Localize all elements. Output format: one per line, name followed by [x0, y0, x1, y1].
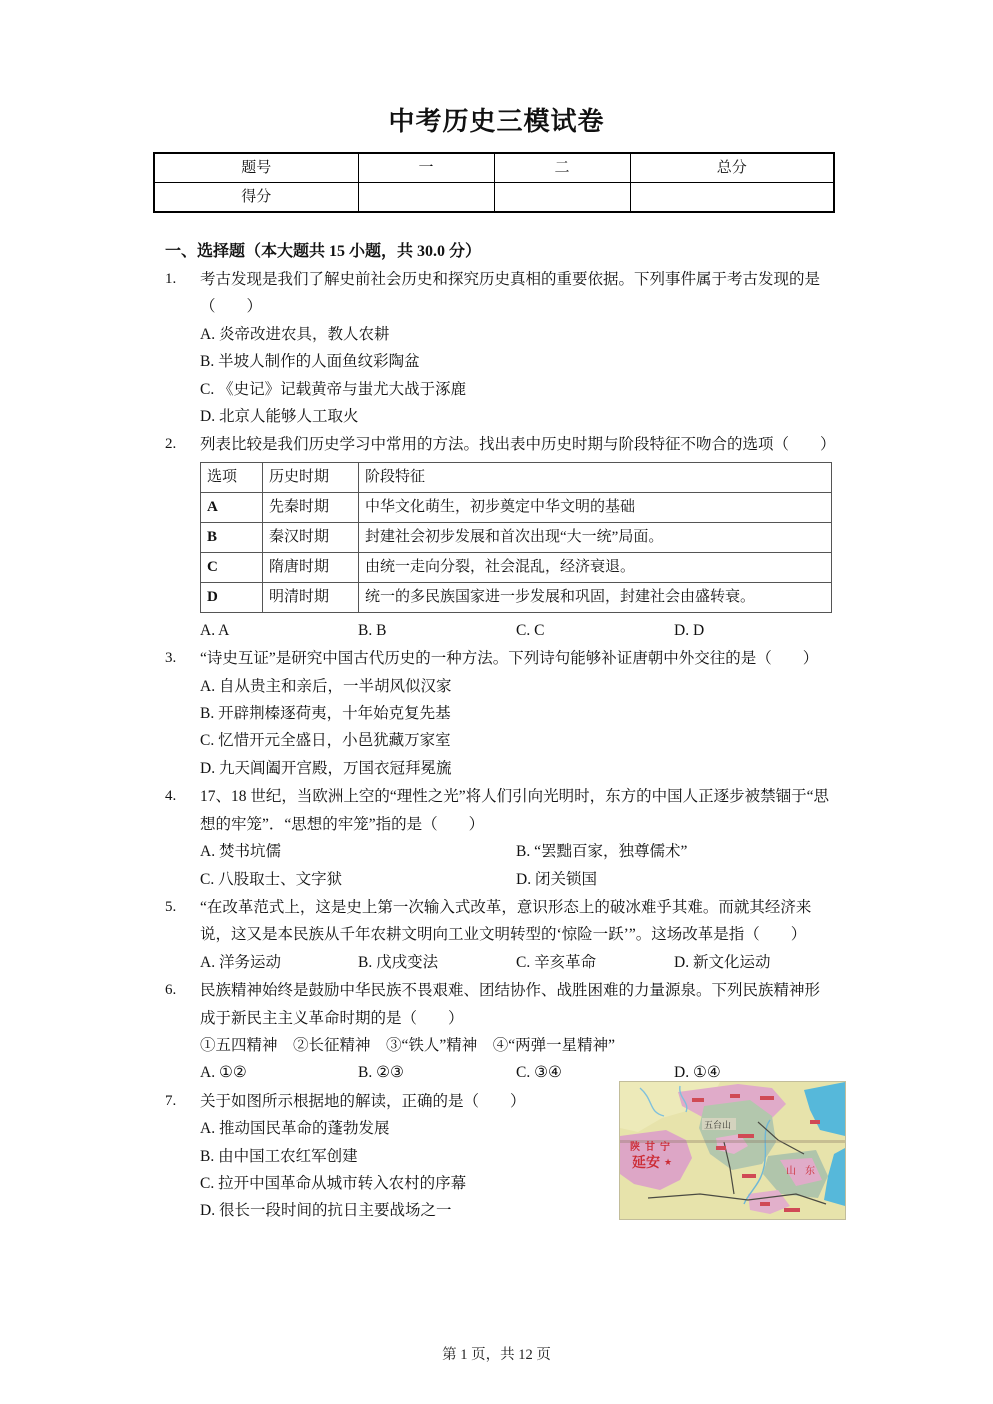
question-1-option-b: B. 半坡人制作的人面鱼纹彩陶盆 [200, 348, 832, 375]
question-1: 1. 考古发现是我们了解史前社会历史和探究历史真相的重要依据。下列事件属于考古发… [165, 266, 832, 430]
question-3-number: 3. [165, 645, 200, 782]
question-6-text: 民族精神始终是鼓励中华民族不畏艰难、团结协作、战胜困难的力量源泉。下列民族精神形… [200, 977, 832, 1032]
question-6: 6. 民族精神始终是鼓励中华民族不畏艰难、团结协作、战胜困难的力量源泉。下列民族… [165, 977, 832, 1087]
question-4-number: 4. [165, 783, 200, 893]
score-cell-one [358, 183, 494, 213]
q2-row-d-feature: 统一的多民族国家进一步发展和巩固，封建社会由盛转衰。 [359, 582, 832, 612]
q2-row-a-feature: 中华文化萌生，初步奠定中华文明的基础 [359, 492, 832, 522]
question-4-text: 17、18 世纪，当欧洲上空的“理性之光”将人们引向光明时，东方的中国人正逐步被… [200, 783, 832, 838]
map-label-yanan: 延安 [632, 1154, 660, 1171]
q2-row-a-letter: A [201, 492, 263, 522]
section-heading: 一、选择题（本大题共 15 小题，共 30.0 分） [165, 238, 832, 265]
question-5-text: “在改革范式上，这是史上第一次输入式改革，意识形态上的破冰难乎其难。而就其经济来… [200, 894, 832, 949]
question-6-option-b: B. ②③ [358, 1059, 516, 1086]
question-6-items: ①五四精神 ②长征精神 ③“铁人”精神 ④“两弹一星精神” [200, 1032, 832, 1059]
score-table-score-row: 得分 [154, 183, 834, 213]
question-4-option-d: D. 闭关锁国 [516, 866, 832, 893]
question-6-option-a: A. ①② [200, 1059, 358, 1086]
question-1-option-c: C. 《史记》记载黄帝与蚩尤大战于涿鹿 [200, 376, 832, 403]
question-4-option-a: A. 焚书坑儒 [200, 838, 516, 865]
question-2: 2. 列表比较是我们历史学习中常用的方法。找出表中历史时期与阶段特征不吻合的选项… [165, 431, 832, 644]
question-7: 7. 关于如图所示根据地的解读，正确的是（ ） A. 推动国民革命的蓬勃发展 B… [165, 1088, 832, 1225]
question-2-option-c: C. C [516, 617, 674, 644]
question-1-number: 1. [165, 266, 200, 430]
question-5-option-d: D. 新文化运动 [674, 949, 832, 976]
question-3-text: “诗史互证”是研究中国古代历史的一种方法。下列诗句能够补证唐朝中外交往的是（ ） [200, 645, 832, 672]
map-label-wutaishan: 五台山 [704, 1119, 731, 1130]
q2-row-c-period: 隋唐时期 [263, 552, 359, 582]
question-7-number: 7. [165, 1088, 200, 1225]
q2-row-b-letter: B [201, 522, 263, 552]
question-2-option-a: A. A [200, 617, 358, 644]
q2-row-d-period: 明清时期 [263, 582, 359, 612]
score-row-label: 得分 [154, 183, 358, 213]
question-5-option-c: C. 辛亥革命 [516, 949, 674, 976]
base-area-map-image: 陕甘宁 延安 ★ 五台山 山东 [619, 1081, 846, 1220]
question-4: 4. 17、18 世纪，当欧洲上空的“理性之光”将人们引向光明时，东方的中国人正… [165, 783, 832, 893]
page-title: 中考历史三模试卷 [0, 0, 993, 140]
question-1-text: 考古发现是我们了解史前社会历史和探究历史真相的重要依据。下列事件属于考古发现的是… [200, 266, 832, 321]
table-row: 选项 历史时期 阶段特征 [201, 462, 832, 492]
q2-col-header-feature: 阶段特征 [359, 462, 832, 492]
question-1-option-a: A. 炎帝改进农具，教人农耕 [200, 321, 832, 348]
q2-col-header-option: 选项 [201, 462, 263, 492]
table-row: A 先秦时期 中华文化萌生，初步奠定中华文明的基础 [201, 492, 832, 522]
question-1-option-d: D. 北京人能够人工取火 [200, 403, 832, 430]
question-5-option-a: A. 洋务运动 [200, 949, 358, 976]
score-cell-two [494, 183, 630, 213]
question-4-option-c: C. 八股取士、文字狱 [200, 866, 516, 893]
question-2-table: 选项 历史时期 阶段特征 A 先秦时期 中华文化萌生，初步奠定中华文明的基础 B… [200, 462, 832, 613]
score-header-total: 总分 [630, 153, 834, 183]
question-2-option-d: D. D [674, 617, 832, 644]
question-4-option-b: B. “罢黜百家，独尊儒术” [516, 838, 832, 865]
map-star-icon: ★ [664, 1157, 672, 1167]
score-header-part-one: 一 [358, 153, 494, 183]
score-cell-total [630, 183, 834, 213]
q2-row-c-feature: 由统一走向分裂，社会混乱，经济衰退。 [359, 552, 832, 582]
question-3-option-b: B. 开辟荆榛逐荷夷，十年始克复先基 [200, 700, 832, 727]
question-3: 3. “诗史互证”是研究中国古代历史的一种方法。下列诗句能够补证唐朝中外交往的是… [165, 645, 832, 782]
exam-page: 中考历史三模试卷 题号 一 二 总分 得分 一、选择题（本大题共 15 小题，共… [0, 0, 993, 1404]
table-row: C 隋唐时期 由统一走向分裂，社会混乱，经济衰退。 [201, 552, 832, 582]
question-2-option-b: B. B [358, 617, 516, 644]
score-header-question-no: 题号 [154, 153, 358, 183]
score-table: 题号 一 二 总分 得分 [153, 152, 835, 213]
q2-row-b-period: 秦汉时期 [263, 522, 359, 552]
question-list: 1. 考古发现是我们了解史前社会历史和探究历史真相的重要依据。下列事件属于考古发… [165, 266, 832, 1225]
map-label-shaanganning: 陕甘宁 [630, 1140, 675, 1153]
question-3-option-c: C. 忆惜开元全盛日，小邑犹藏万家室 [200, 727, 832, 754]
q2-row-d-letter: D [201, 582, 263, 612]
question-5-number: 5. [165, 894, 200, 976]
question-2-text: 列表比较是我们历史学习中常用的方法。找出表中历史时期与阶段特征不吻合的选项（ ） [200, 431, 832, 458]
q2-col-header-period: 历史时期 [263, 462, 359, 492]
question-6-number: 6. [165, 977, 200, 1087]
page-footer: 第 1 页，共 12 页 [0, 1343, 993, 1364]
q2-row-b-feature: 封建社会初步发展和首次出现“大一统”局面。 [359, 522, 832, 552]
q2-row-a-period: 先秦时期 [263, 492, 359, 522]
table-row: B 秦汉时期 封建社会初步发展和首次出现“大一统”局面。 [201, 522, 832, 552]
score-header-part-two: 二 [494, 153, 630, 183]
q2-row-c-letter: C [201, 552, 263, 582]
question-5-option-b: B. 戊戌变法 [358, 949, 516, 976]
question-3-option-d: D. 九天阊阖开宫殿，万国衣冠拜冕旒 [200, 755, 832, 782]
question-3-option-a: A. 自从贵主和亲后，一半胡风似汉家 [200, 673, 832, 700]
question-2-number: 2. [165, 431, 200, 644]
question-5: 5. “在改革范式上，这是史上第一次输入式改革，意识形态上的破冰难乎其难。而就其… [165, 894, 832, 976]
score-table-header-row: 题号 一 二 总分 [154, 153, 834, 183]
map-label-shandong: 山东 [786, 1164, 824, 1177]
table-row: D 明清时期 统一的多民族国家进一步发展和巩固，封建社会由盛转衰。 [201, 582, 832, 612]
